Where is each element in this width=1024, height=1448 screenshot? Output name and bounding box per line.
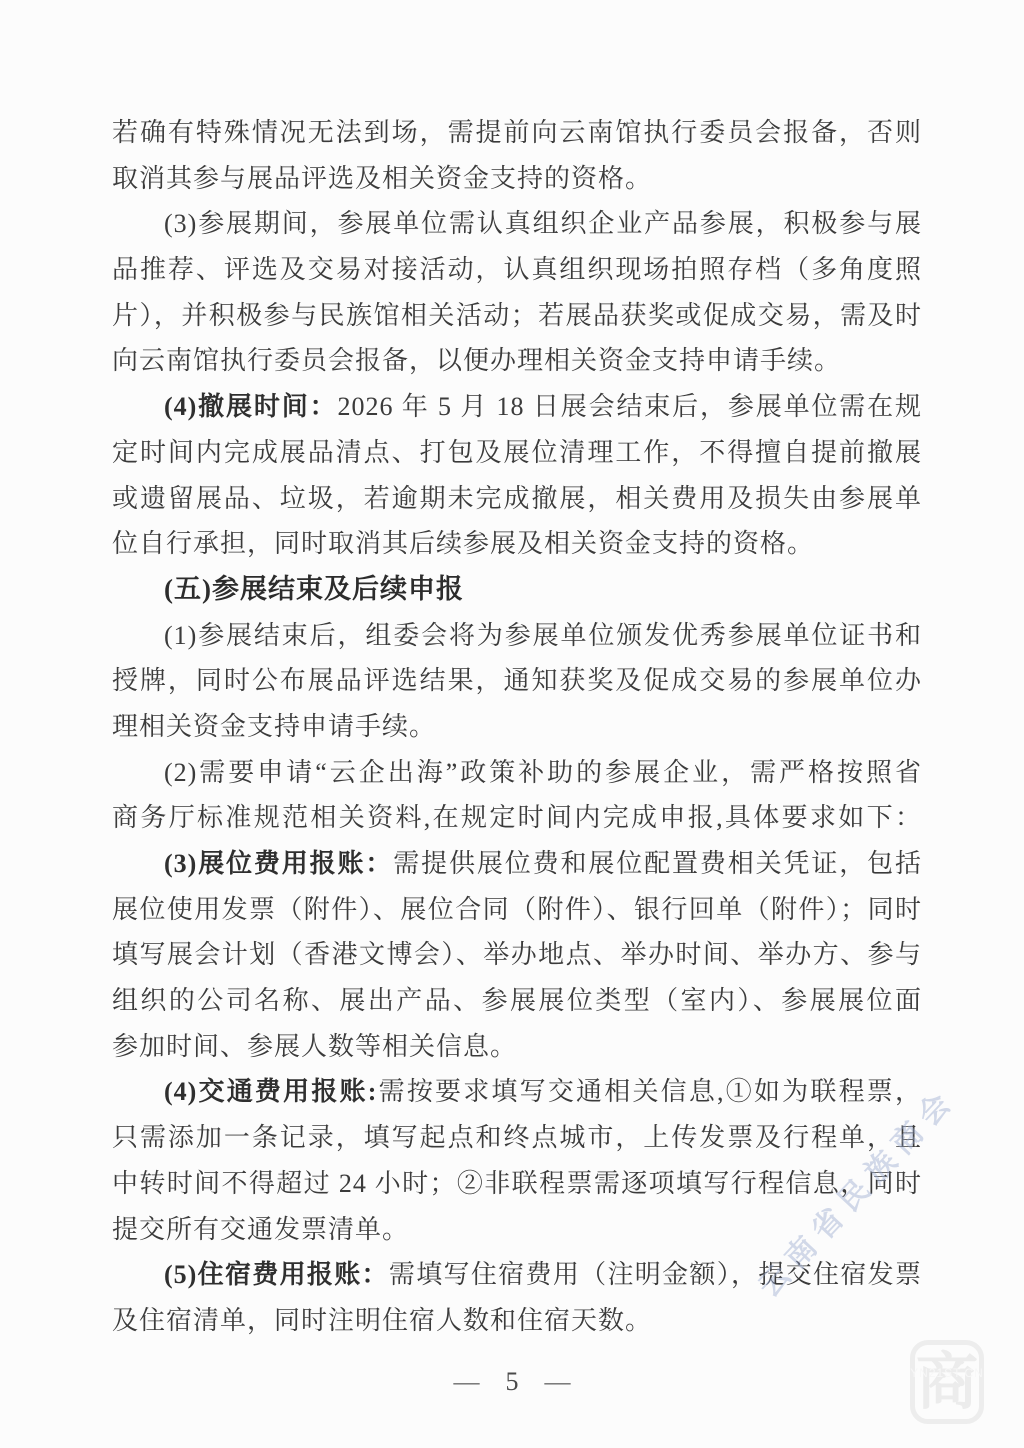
- body-line: (3)参展期间，参展单位需认真组织企业产品参展，积极参与展: [112, 201, 922, 247]
- body-line: (5)住宿费用报账：需填写住宿费用（注明金额），提交住宿发票: [112, 1252, 922, 1298]
- body-line: 取消其参与展品评选及相关资金支持的资格。: [112, 156, 922, 202]
- line-text: (1)参展结束后，组委会将为参展单位颁发优秀参展单位证书和: [164, 621, 922, 650]
- body-line: 定时间内完成展品清点、打包及展位清理工作，不得擅自提前撤展: [112, 430, 922, 476]
- section-heading: (五)参展结束及后续申报: [112, 567, 922, 613]
- line-bold-prefix: (5)住宿费用报账：: [164, 1260, 389, 1289]
- line-text: (2)需要申请“云企出海”政策补助的参展企业，需严格按照省: [164, 758, 922, 787]
- line-text: 品推荐、评选及交易对接活动，认真组织现场拍照存档（多角度照: [112, 255, 922, 284]
- body-line: 提交所有交通发票清单。: [112, 1207, 922, 1253]
- line-bold-prefix: (4)交通费用报账:: [164, 1077, 377, 1106]
- line-text: 中转时间不得超过 24 小时；②非联程票需逐项填写行程信息，同时: [112, 1169, 922, 1198]
- line-text: 商务厅标准规范相关资料,在规定时间内完成申报,具体要求如下：: [112, 803, 922, 832]
- page-number-value: 5: [506, 1367, 519, 1396]
- line-bold-prefix: (3)展位费用报账：: [164, 849, 393, 878]
- line-text: 片），并积极参与民族馆相关活动；若展品获奖或促成交易，需及时: [112, 301, 922, 330]
- line-text: 取消其参与展品评选及相关资金支持的资格。: [112, 164, 652, 193]
- line-text: 理相关资金支持申请手续。: [112, 712, 436, 741]
- body-line: 及住宿清单，同时注明住宿人数和住宿天数。: [112, 1298, 922, 1344]
- line-text: 组织的公司名称、展出产品、参展展位类型（室内）、参展展位面积、: [112, 986, 922, 1024]
- body-line: 组织的公司名称、展出产品、参展展位类型（室内）、参展展位面积、: [112, 978, 922, 1024]
- body-line: (3)展位费用报账：需提供展位费和展位配置费相关凭证，包括: [112, 841, 922, 887]
- body-line: 填写展会计划（香港文博会）、举办地点、举办时间、举办方、参与: [112, 932, 922, 978]
- line-text: 需提供展位费和展位配置费相关凭证，包括: [393, 849, 922, 878]
- body-line: 商务厅标准规范相关资料,在规定时间内完成申报,具体要求如下：: [112, 795, 922, 841]
- body-line: 理相关资金支持申请手续。: [112, 704, 922, 750]
- body-line: (1)参展结束后，组委会将为参展单位颁发优秀参展单位证书和: [112, 613, 922, 659]
- line-text: (3)参展期间，参展单位需认真组织企业产品参展，积极参与展: [164, 209, 922, 238]
- line-text: 需填写住宿费用（注明金额），提交住宿发票: [389, 1260, 922, 1289]
- line-text: 2026 年 5 月 18 日展会结束后，参展单位需在规: [337, 392, 922, 421]
- body-line: 中转时间不得超过 24 小时；②非联程票需逐项填写行程信息，同时: [112, 1161, 922, 1207]
- page-number-dash: —: [454, 1367, 480, 1396]
- heading-text: (五)参展结束及后续申报: [164, 574, 464, 604]
- body-line: 位自行承担，同时取消其后续参展及相关资金支持的资格。: [112, 521, 922, 567]
- line-text: 需按要求填写交通相关信息,①如为联程票，: [377, 1077, 922, 1106]
- body-line: 向云南馆执行委员会报备，以便办理相关资金支持申请手续。: [112, 338, 922, 384]
- body-line: 授牌，同时公布展品评选结果，通知获奖及促成交易的参展单位办: [112, 658, 922, 704]
- body-line: 品推荐、评选及交易对接活动，认真组织现场拍照存档（多角度照: [112, 247, 922, 293]
- page-number: —5—: [0, 1362, 1024, 1402]
- body-line: 若确有特殊情况无法到场，需提前向云南馆执行委员会报备，否则: [112, 110, 922, 156]
- line-bold-prefix: (4)撤展时间：: [164, 392, 337, 421]
- document-page: 若确有特殊情况无法到场，需提前向云南馆执行委员会报备，否则 取消其参与展品评选及…: [0, 0, 1024, 1448]
- line-text: 填写展会计划（香港文博会）、举办地点、举办时间、举办方、参与: [112, 940, 922, 969]
- body-line: (4)交通费用报账:需按要求填写交通相关信息,①如为联程票，: [112, 1069, 922, 1115]
- body-line: 只需添加一条记录，填写起点和终点城市，上传发票及行程单，且: [112, 1115, 922, 1161]
- line-text: 若确有特殊情况无法到场，需提前向云南馆执行委员会报备，否则: [112, 118, 922, 147]
- line-text: 及住宿清单，同时注明住宿人数和住宿天数。: [112, 1306, 652, 1335]
- page-number-dash: —: [545, 1367, 571, 1396]
- body-line: 参加时间、参展人数等相关信息。: [112, 1024, 922, 1070]
- body-line: (4)撤展时间：2026 年 5 月 18 日展会结束后，参展单位需在规: [112, 384, 922, 430]
- body-line: 展位使用发票（附件）、展位合同（附件）、银行回单（附件）；同时: [112, 887, 922, 933]
- line-text: 定时间内完成展品清点、打包及展位清理工作，不得擅自提前撤展: [112, 438, 922, 467]
- line-text: 参加时间、参展人数等相关信息。: [112, 1032, 517, 1061]
- line-text: 位自行承担，同时取消其后续参展及相关资金支持的资格。: [112, 529, 814, 558]
- line-text: 或遗留展品、垃圾，若逾期未完成撤展，相关费用及损失由参展单: [112, 484, 922, 513]
- document-body: 若确有特殊情况无法到场，需提前向云南馆执行委员会报备，否则 取消其参与展品评选及…: [112, 110, 922, 1344]
- body-line: 片），并积极参与民族馆相关活动；若展品获奖或促成交易，需及时: [112, 293, 922, 339]
- body-line: 或遗留展品、垃圾，若逾期未完成撤展，相关费用及损失由参展单: [112, 476, 922, 522]
- line-text: 向云南馆执行委员会报备，以便办理相关资金支持申请手续。: [112, 346, 841, 375]
- body-line: (2)需要申请“云企出海”政策补助的参展企业，需严格按照省: [112, 750, 922, 796]
- line-text: 提交所有交通发票清单。: [112, 1215, 409, 1244]
- line-text: 授牌，同时公布展品评选结果，通知获奖及促成交易的参展单位办: [112, 666, 922, 695]
- line-text: 只需添加一条记录，填写起点和终点城市，上传发票及行程单，且: [112, 1123, 922, 1152]
- line-text: 展位使用发票（附件）、展位合同（附件）、银行回单（附件）；同时: [112, 895, 922, 924]
